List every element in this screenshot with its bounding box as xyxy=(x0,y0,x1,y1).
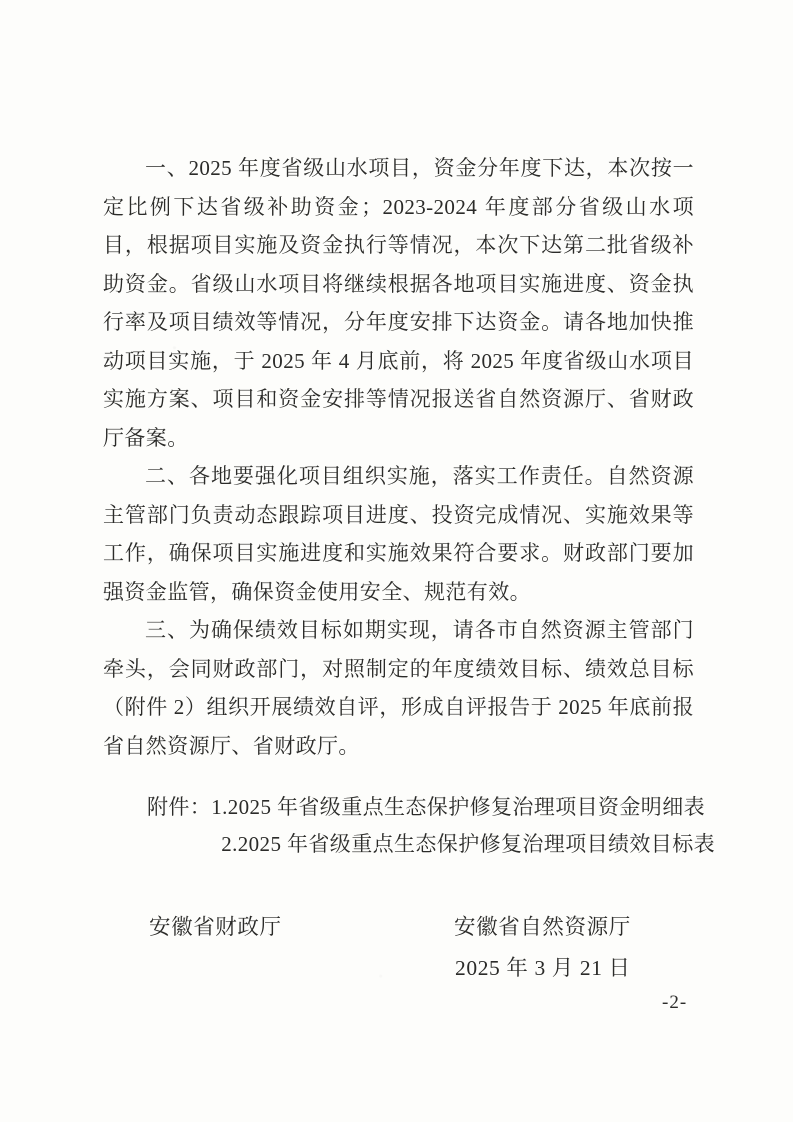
signature-natural-resources-department: 安徽省自然资源厅 xyxy=(454,910,631,941)
document-page: 一、2025 年度省级山水项目，资金分年度下达，本次按一定比例下达省级补助资金；… xyxy=(0,0,793,1122)
attachment-item-2: 2.2025 年省级重点生态保护修复治理项目绩效目标表 xyxy=(211,826,715,863)
attachments-section: 附件： 1.2025 年省级重点生态保护修复治理项目资金明细表 2.2025 年… xyxy=(103,789,694,862)
paragraph-1: 一、2025 年度省级山水项目，资金分年度下达，本次按一定比例下达省级补助资金；… xyxy=(103,149,694,457)
attachments-items: 1.2025 年省级重点生态保护修复治理项目资金明细表 2.2025 年省级重点… xyxy=(211,789,715,862)
paragraph-3: 三、为确保绩效目标如期实现，请各市自然资源主管部门牵头，会同财政部门，对照制定的… xyxy=(103,611,694,765)
signature-finance-department: 安徽省财政厅 xyxy=(149,910,282,941)
attachments-label: 附件： xyxy=(147,789,211,826)
attachment-item-1: 1.2025 年省级重点生态保护修复治理项目资金明细表 xyxy=(211,789,715,826)
document-body: 一、2025 年度省级山水项目，资金分年度下达，本次按一定比例下达省级补助资金；… xyxy=(103,149,694,862)
page-number: -2- xyxy=(662,992,687,1014)
signature-date: 2025 年 3 月 21 日 xyxy=(455,951,631,982)
paragraph-2: 二、各地要强化项目组织实施，落实工作责任。自然资源主管部门负责动态跟踪项目进度、… xyxy=(103,457,694,611)
